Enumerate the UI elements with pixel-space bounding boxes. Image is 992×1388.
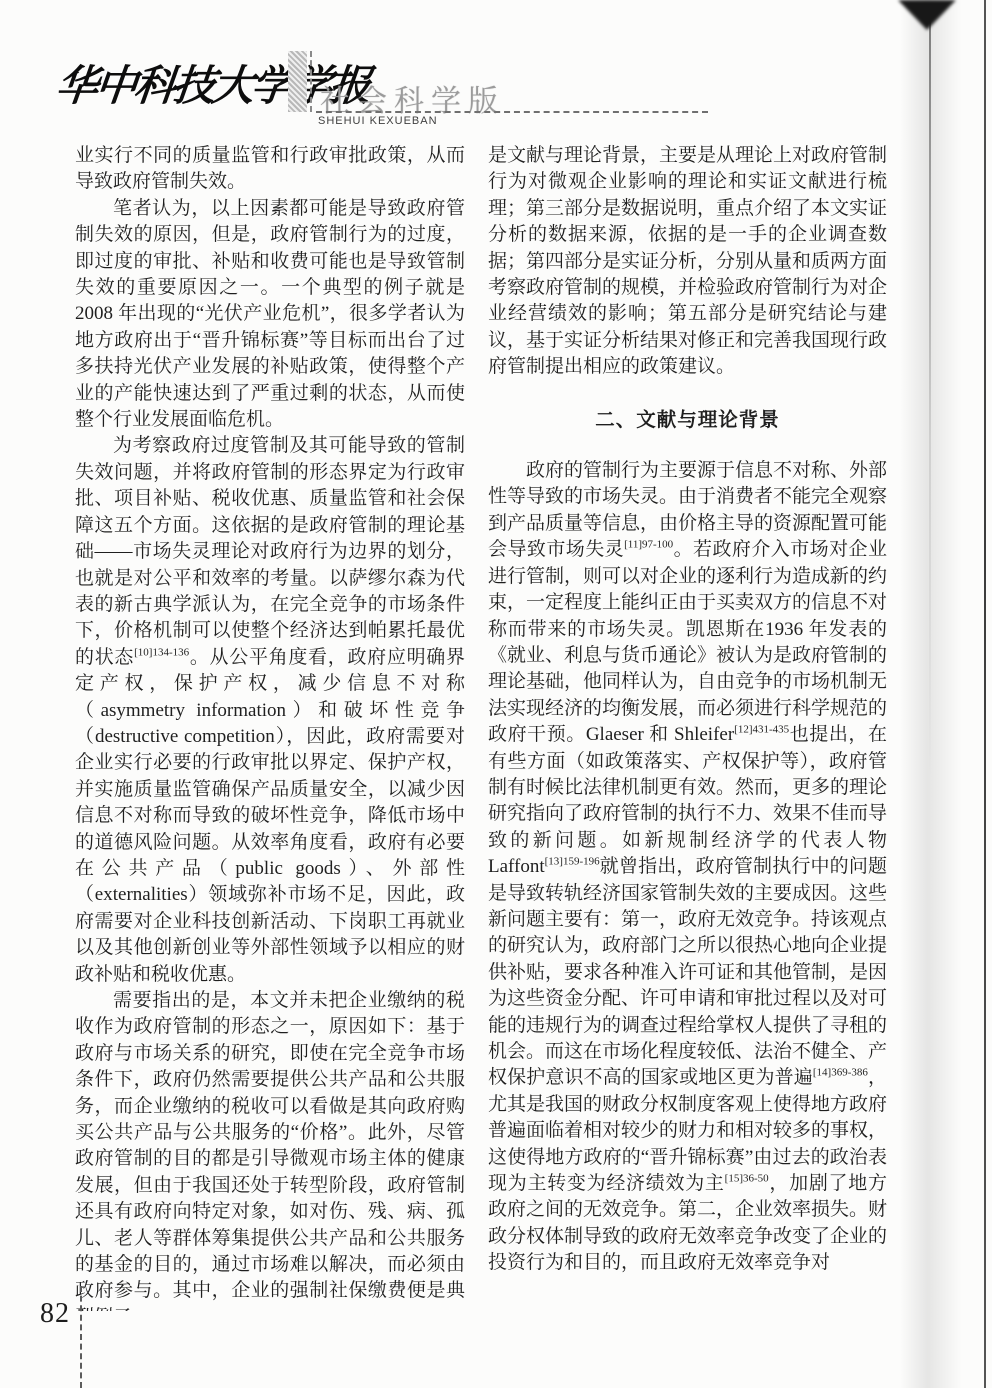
page-right-edge-scan-line	[984, 0, 986, 1388]
masthead-horizontal-dashed-rule	[316, 111, 708, 113]
right-column-intro: 是文献与理论背景，主要是从理论上对政府管制行为对微观企业影响的理论和实证文献进行…	[488, 143, 887, 381]
section-heading: 二、文献与理论背景	[488, 408, 887, 434]
masthead-hatch-block	[288, 51, 307, 112]
binding-gutter-shadow	[900, 0, 962, 1388]
paragraph: 是文献与理论背景，主要是从理论上对政府管制行为对微观企业影响的理论和实证文献进行…	[488, 143, 887, 381]
left-text-column: 业实行不同的质量监管和行政审批政策，从而导致政府管制失效。笔者认为，以上因素都可…	[75, 143, 465, 1311]
journal-masthead: 华中科技大学学报 社会科学版 SHEHUI KEXUEBAN	[0, 0, 992, 140]
right-column-body: 政府的管制行为主要源于信息不对称、外部性等导致的市场失灵。由于消费者不能完全观察…	[488, 458, 887, 1277]
paragraph: 政府的管制行为主要源于信息不对称、外部性等导致的市场失灵。由于消费者不能完全观察…	[488, 458, 887, 1277]
footer-dashed-fold-line	[80, 1286, 82, 1388]
journal-logo-calligraphy: 华中科技大学学报	[53, 56, 300, 118]
paragraph: 为考察政府过度管制及其可能导致的管制失效问题，并将政府管制的形态界定为行政审批、…	[75, 433, 465, 988]
binding-gutter-streak	[929, 20, 931, 780]
page-number: 82	[40, 1298, 70, 1330]
paragraph: 笔者认为，以上因素都可能是导致政府管制失效的原因，但是，政府管制行为的过度，即过…	[75, 196, 465, 434]
scanned-journal-page: { "header": { "journal_title": "华中科技大学学报…	[0, 0, 992, 1388]
masthead-vertical-dashed-divider	[310, 51, 312, 112]
binding-gutter-dark-wedge	[898, 0, 956, 30]
paragraph: 需要指出的是，本文并未把企业缴纳的税收作为政府管制的形态之一，原因如下：基于政府…	[75, 988, 465, 1311]
right-text-column: 是文献与理论背景，主要是从理论上对政府管制行为对微观企业影响的理论和实证文献进行…	[488, 143, 887, 1311]
edition-romanized-label: SHEHUI KEXUEBAN	[318, 115, 438, 127]
paragraph: 业实行不同的质量监管和行政审批政策，从而导致政府管制失效。	[75, 143, 465, 196]
edition-label: 社会科学版	[320, 76, 505, 120]
